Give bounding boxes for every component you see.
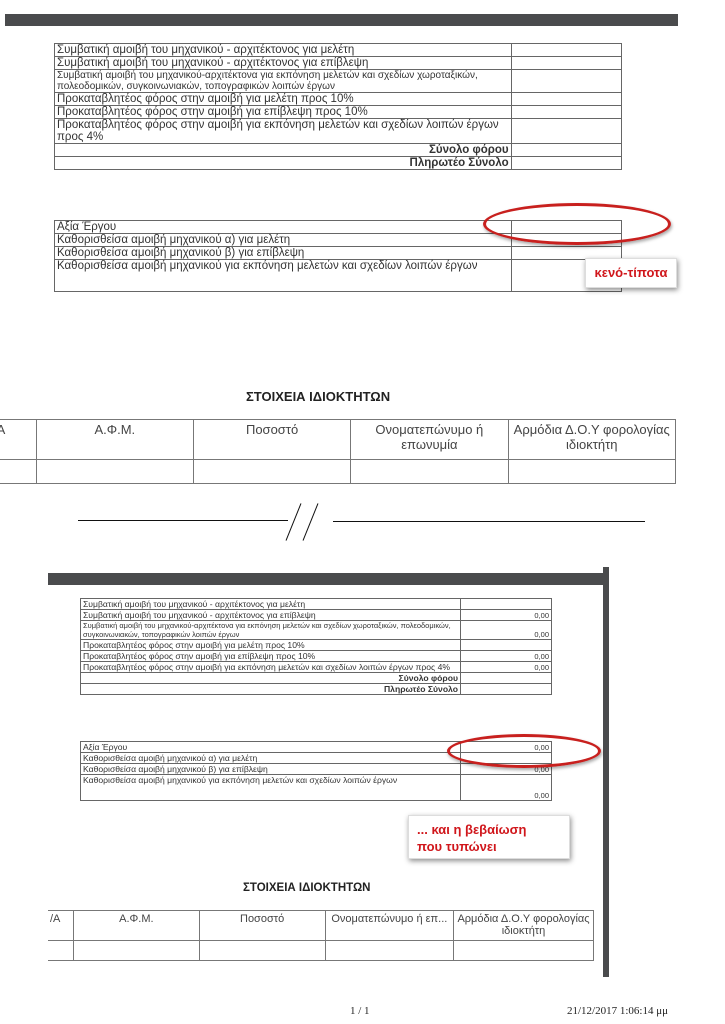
row-label: Συμβατική αμοιβή του μηχανικού - αρχιτέκ… <box>81 599 461 610</box>
table-row: Συμβατική αμοιβή του μηχανικού-αρχιτέκτο… <box>81 621 552 640</box>
row-label: Προκαταβλητέος φόρος στην αμοιβή για επί… <box>55 106 512 119</box>
owners-header: Αρμόδια Δ.Ο.Υ φορολογίας ιδιοκτήτη <box>508 420 676 460</box>
fees-table-bottom: Συμβατική αμοιβή του μηχανικού - αρχιτέκ… <box>80 598 552 695</box>
table-row: Προκαταβλητέος φόρος στην αμοιβή για εκπ… <box>81 662 552 673</box>
total-tax-label: Σύνολο φόρου <box>55 144 512 157</box>
payable-total-label: Πληρωτέο Σύνολο <box>55 157 512 170</box>
row-label: Προκαταβλητέος φόρος στην αμοιβή για μελ… <box>55 93 512 106</box>
owners-title: ΣΤΟΙΧΕΙΑ ΙΔΙΟΚΤΗΤΩΝ <box>246 389 390 404</box>
total-tax-row: Σύνολο φόρου <box>55 144 622 157</box>
row-label: Καθορισθείσα αμοιβή μηχανικού β) για επί… <box>55 247 512 260</box>
row-label: Συμβατική αμοιβή του μηχανικού - αρχιτέκ… <box>81 610 461 621</box>
row-label: Αξία Έργου <box>81 742 461 753</box>
page-number: 1 / 1 <box>350 1005 370 1017</box>
table-row: Συμβατική αμοιβή του μηχανικού-αρχιτέκτο… <box>55 70 622 93</box>
print-timestamp: 21/12/2017 1:06:14 μμ <box>567 1005 668 1017</box>
row-label: Καθορισθείσα αμοιβή μηχανικού για εκπόνη… <box>55 260 512 292</box>
row-label: Συμβατική αμοιβή του μηχανικού-αρχιτέκτο… <box>55 70 512 93</box>
owners-row <box>48 941 594 961</box>
row-value <box>511 57 621 70</box>
table-row: Προκαταβλητέος φόρος στην αμοιβή για μελ… <box>55 93 622 106</box>
highlight-oval <box>447 734 601 768</box>
window-top-bar <box>48 573 608 585</box>
annotation-text: που τυπώνει <box>417 838 569 855</box>
table-row: Συμβατική αμοιβή του μηχανικού - αρχιτέκ… <box>55 44 622 57</box>
total-tax-row: Σύνολο φόρου <box>81 673 552 684</box>
fees-table-top: Συμβατική αμοιβή του μηχανικού - αρχιτέκ… <box>54 43 622 170</box>
row-value: 0,00 <box>461 662 552 673</box>
row-value <box>461 640 552 651</box>
owners-header: /Α <box>48 911 74 941</box>
owners-cell <box>193 460 350 484</box>
row-value <box>511 93 621 106</box>
owners-cell <box>36 460 193 484</box>
row-value <box>511 44 621 57</box>
annotation-text: ... και η βεβαίωση <box>417 821 569 838</box>
row-label: Καθορισθείσα αμοιβή μηχανικού για εκπόνη… <box>81 775 461 801</box>
owners-header: Ονοματεπώνυμο ή επ... <box>325 911 453 941</box>
row-label: Καθορισθείσα αμοιβή μηχανικού α) για μελ… <box>55 234 512 247</box>
owners-header-row: /Α Α.Φ.Μ. Ποσοστό Ονοματεπώνυμο ή επ... … <box>48 911 594 941</box>
window-top-bar <box>5 14 678 26</box>
row-label: Συμβατική αμοιβή του μηχανικού-αρχιτέκτο… <box>81 621 461 640</box>
table-row: Προκαταβλητέος φόρος στην αμοιβή για εκπ… <box>55 119 622 144</box>
break-line-left <box>78 520 288 521</box>
row-label: Αξία Έργου <box>55 221 512 234</box>
row-value: 0,00 <box>461 621 552 640</box>
row-value: 0,00 <box>461 610 552 621</box>
annotation-print-note: ... και η βεβαίωση που τυπώνει <box>408 815 570 859</box>
payable-total-row: Πληρωτέο Σύνολο <box>81 684 552 695</box>
owners-cell <box>351 460 508 484</box>
row-value <box>511 106 621 119</box>
table-row: Καθορισθείσα αμοιβή μηχανικού για εκπόνη… <box>55 260 622 292</box>
window-right-border <box>603 567 609 977</box>
row-value: 0,00 <box>461 651 552 662</box>
table-row: Συμβατική αμοιβή του μηχανικού - αρχιτέκ… <box>81 599 552 610</box>
owners-row: 1 <box>0 460 676 484</box>
row-label: Συμβατική αμοιβή του μηχανικού - αρχιτέκ… <box>55 57 512 70</box>
table-row: Καθορισθείσα αμοιβή μηχανικού για εκπόνη… <box>81 775 552 801</box>
annotation-empty-note: κενό-τίποτα <box>585 258 677 288</box>
owners-cell <box>508 460 676 484</box>
total-tax-label: Σύνολο φόρου <box>81 673 461 684</box>
table-row: Προκαταβλητέος φόρος στην αμοιβή για επί… <box>81 651 552 662</box>
row-label: Προκαταβλητέος φόρος στην αμοιβή για επί… <box>81 651 461 662</box>
owners-header: Α.Φ.Μ. <box>74 911 199 941</box>
annotation-text: κενό-τίποτα <box>595 265 668 280</box>
table-row: Προκαταβλητέος φόρος στην αμοιβή για μελ… <box>81 640 552 651</box>
owners-header: Ποσοστό <box>193 420 350 460</box>
row-label: Προκαταβλητέος φόρος στην αμοιβή για μελ… <box>81 640 461 651</box>
owners-header: Ποσοστό <box>199 911 325 941</box>
row-label: Καθορισθείσα αμοιβή μηχανικού β) για επί… <box>81 764 461 775</box>
table-row: Συμβατική αμοιβή του μηχανικού - αρχιτέκ… <box>81 610 552 621</box>
owners-table-top: /Α Α.Φ.Μ. Ποσοστό Ονοματεπώνυμο ή επωνυμ… <box>0 419 676 484</box>
owners-header: Ονοματεπώνυμο ή επωνυμία <box>351 420 508 460</box>
owners-table-bottom: /Α Α.Φ.Μ. Ποσοστό Ονοματεπώνυμο ή επ... … <box>48 910 594 961</box>
row-value <box>511 70 621 93</box>
table-row: Συμβατική αμοιβή του μηχανικού - αρχιτέκ… <box>55 57 622 70</box>
table-row: Προκαταβλητέος φόρος στην αμοιβή για επί… <box>55 106 622 119</box>
break-slash <box>303 503 319 540</box>
owners-title: ΣΤΟΙΧΕΙΑ ΙΔΙΟΚΤΗΤΩΝ <box>243 882 370 894</box>
row-value <box>511 119 621 144</box>
highlight-oval <box>483 203 671 245</box>
row-value: 0,00 <box>461 775 552 801</box>
row-value <box>461 599 552 610</box>
owners-header: /Α <box>0 420 36 460</box>
owners-cell: 1 <box>0 460 36 484</box>
owners-header: Αρμόδια Δ.Ο.Υ φορολογίας ιδιοκτήτη <box>454 911 594 941</box>
table-row: Καθορισθείσα αμοιβή μηχανικού β) για επί… <box>55 247 622 260</box>
payable-total-label: Πληρωτέο Σύνολο <box>81 684 461 695</box>
break-slash <box>286 503 302 540</box>
owners-header-row: /Α Α.Φ.Μ. Ποσοστό Ονοματεπώνυμο ή επωνυμ… <box>0 420 676 460</box>
row-label: Προκαταβλητέος φόρος στην αμοιβή για εκπ… <box>55 119 512 144</box>
break-line-right <box>333 521 645 522</box>
payable-total-row: Πληρωτέο Σύνολο <box>55 157 622 170</box>
row-label: Προκαταβλητέος φόρος στην αμοιβή για εκπ… <box>81 662 461 673</box>
owners-header: Α.Φ.Μ. <box>36 420 193 460</box>
row-label: Συμβατική αμοιβή του μηχανικού - αρχιτέκ… <box>55 44 512 57</box>
row-label: Καθορισθείσα αμοιβή μηχανικού α) για μελ… <box>81 753 461 764</box>
